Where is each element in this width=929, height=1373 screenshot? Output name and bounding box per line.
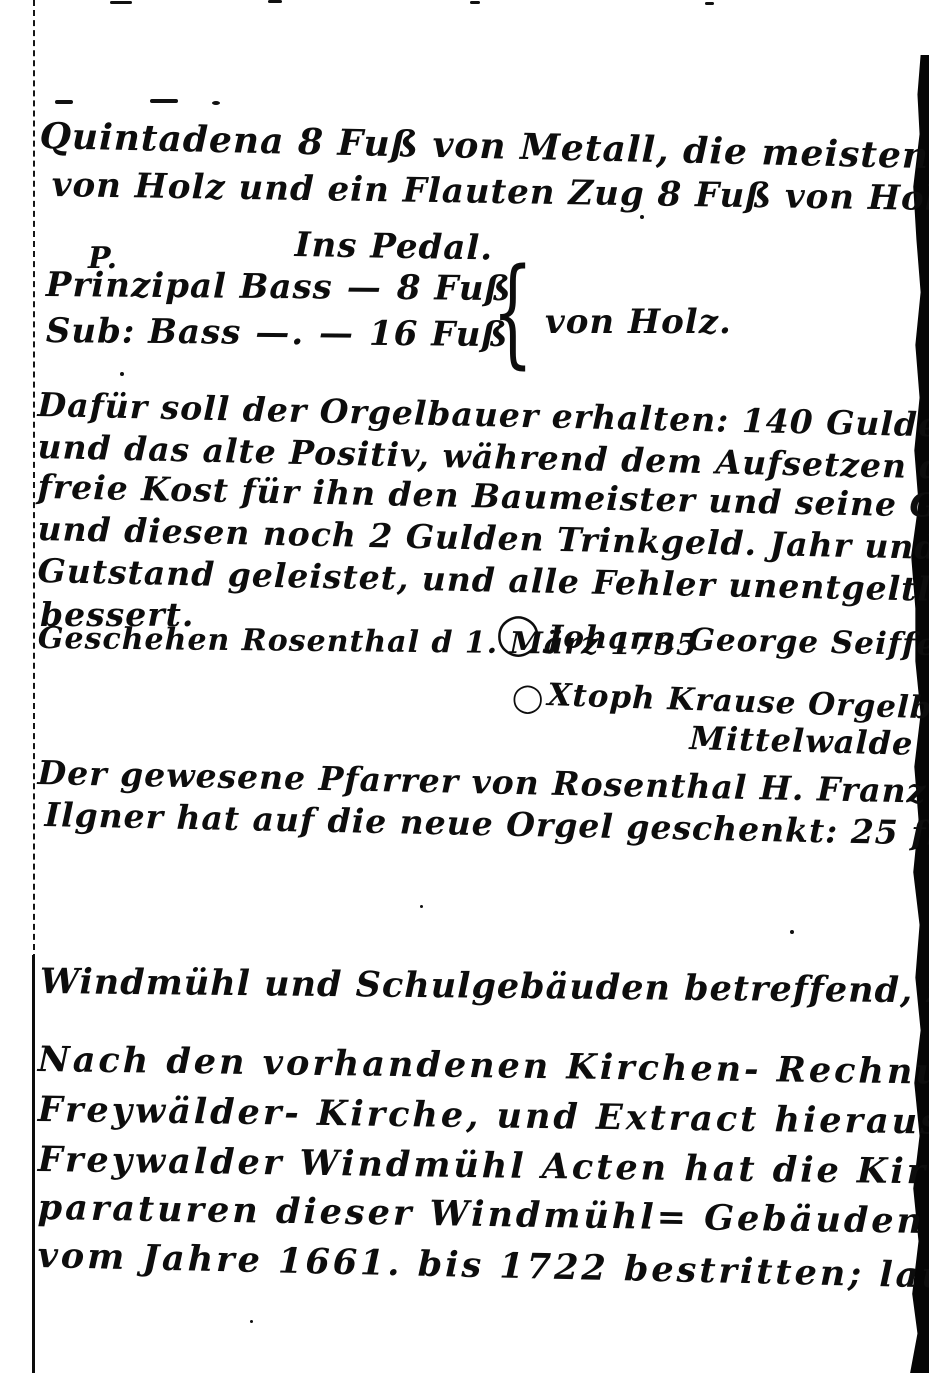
handwriting-line-windmill-5: vom Jahre 1661. bis 1722 bestritten; lau… [37, 1238, 929, 1300]
manuscript-page: Quintadena 8 Fuß von Metall, die meisten… [0, 0, 929, 1373]
ink-speck [110, 1, 132, 4]
ink-speck [640, 215, 644, 219]
pedal-stop-row: Prinzipal Bass — 8 Fuß [46, 268, 512, 306]
stop-rule: — [347, 271, 383, 305]
handwriting-line-windmill-2: Freywälder- Kirche, und Extract hieraus … [38, 1092, 929, 1142]
pedal-brace: { [492, 252, 533, 370]
pedal-stop-row: Sub: Bass —. — 16 Fuß [46, 314, 509, 352]
ink-speck [268, 0, 282, 3]
ink-speck [120, 372, 124, 376]
handwriting-line-windmill-1: Nach den vorhandenen Kirchen- Rechnungen… [38, 1042, 929, 1092]
section-heading-windmill: Windmühl und Schulgebäuden betreffend, z… [40, 964, 929, 1011]
ink-speck [55, 100, 73, 104]
ink-speck [705, 2, 714, 5]
handwriting-line-windmill-3: Freywalder Windmühl Acten hat die Kirche… [38, 1142, 929, 1193]
pedal-brace-note: von Holz. [545, 305, 732, 339]
pedal-heading: Ins Pedal. [294, 228, 493, 265]
stop-name: Sub: Bass [46, 314, 242, 350]
left-margin-rule-bottom [32, 955, 35, 1373]
signature-place: Mittelwalde [689, 722, 914, 760]
left-margin-rule [33, 0, 35, 960]
handwriting-line-organ-2: von Holz und ein Flauten Zug 8 Fuß von H… [51, 168, 929, 216]
stop-name: Prinzipal Bass [46, 268, 333, 305]
seal-mark: ◯ [512, 684, 543, 712]
handwriting-line-windmill-4: paraturen dieser Windmühl= Gebäuden unau… [37, 1190, 929, 1244]
ink-speck [470, 1, 480, 4]
ink-speck [420, 905, 423, 908]
ink-speck [150, 99, 178, 103]
ink-speck [212, 101, 220, 105]
seal-mark: ◯ [496, 614, 541, 654]
ink-speck [790, 930, 794, 934]
ink-speck [250, 1320, 253, 1323]
stop-rule: —. — [255, 316, 355, 351]
stop-size: 16 Fuß [369, 317, 509, 352]
